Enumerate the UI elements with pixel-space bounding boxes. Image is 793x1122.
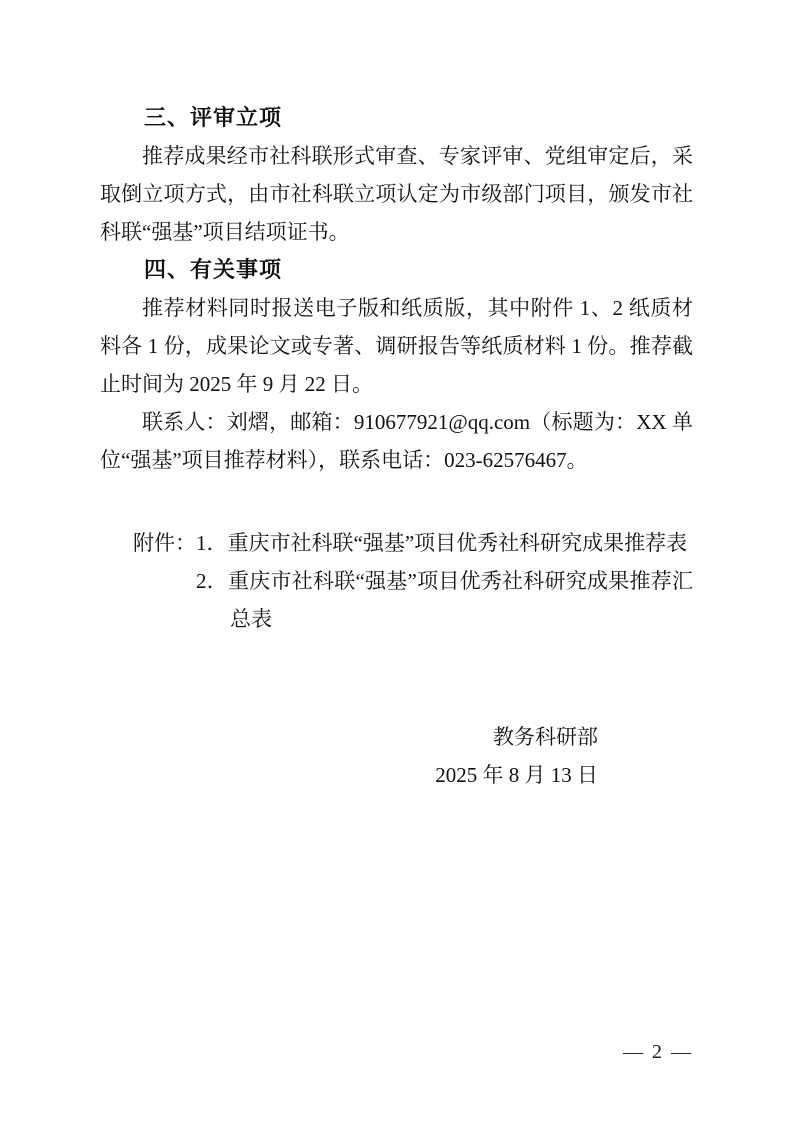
paragraph-review-body: 推荐成果经市社科联形式审查、专家评审、党组审定后，采取倒立项方式，由市社科联立项… bbox=[100, 137, 693, 251]
attachments-block: 附件： 1．重庆市社科联“强基”项目优秀社科研究成果推荐表 2．重庆市社科联“强… bbox=[133, 524, 693, 638]
attachments-label: 附件： bbox=[133, 524, 196, 638]
attachment-item-1-text: 重庆市社科联“强基”项目优秀社科研究成果推荐表 bbox=[228, 531, 688, 555]
document-page: 三、评审立项 推荐成果经市社科联形式审查、专家评审、党组审定后，采取倒立项方式，… bbox=[0, 0, 793, 1122]
document-content: 三、评审立项 推荐成果经市社科联形式审查、专家评审、党组审定后，采取倒立项方式，… bbox=[100, 0, 693, 794]
page-number: — 2 — bbox=[623, 1040, 693, 1064]
attachment-item-2: 2．重庆市社科联“强基”项目优秀社科研究成果推荐汇总表 bbox=[196, 562, 693, 638]
signature-date: 2025 年 8 月 13 日 bbox=[100, 756, 598, 794]
paragraph-materials: 推荐材料同时报送电子版和纸质版，其中附件 1、2 纸质材料各 1 份，成果论文或… bbox=[100, 289, 693, 403]
attachment-item-2-text: 重庆市社科联“强基”项目优秀社科研究成果推荐汇总表 bbox=[228, 569, 693, 631]
attachments-list: 1．重庆市社科联“强基”项目优秀社科研究成果推荐表 2．重庆市社科联“强基”项目… bbox=[196, 524, 693, 638]
section-heading-matters: 四、有关事项 bbox=[100, 251, 693, 289]
signature-block: 教务科研部 2025 年 8 月 13 日 bbox=[100, 718, 693, 794]
attachment-item-2-number: 2． bbox=[196, 569, 228, 593]
attachment-item-1-number: 1． bbox=[196, 531, 228, 555]
attachment-item-1: 1．重庆市社科联“强基”项目优秀社科研究成果推荐表 bbox=[196, 524, 693, 562]
section-heading-review: 三、评审立项 bbox=[100, 99, 693, 137]
paragraph-contact: 联系人：刘熠，邮箱：910677921@qq.com（标题为：XX 单位“强基”… bbox=[100, 403, 693, 479]
signature-department: 教务科研部 bbox=[100, 718, 598, 756]
